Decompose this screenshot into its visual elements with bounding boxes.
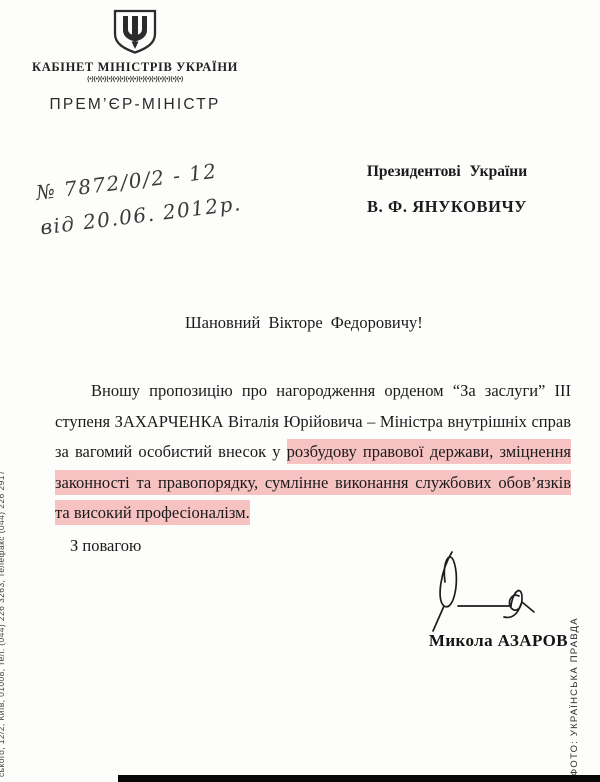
body-paragraph: Вношу пропозицію про нагородження ордено… xyxy=(55,376,571,529)
handwritten-signature-icon xyxy=(408,546,583,642)
letterhead-address-vertical-text: ського, 12/2, Київ, 01008, тел. (044) 22… xyxy=(0,470,6,777)
addressee-name: В. Ф. ЯНУКОВИЧУ xyxy=(327,197,567,217)
photo-credit-vertical-text: ФОТО: УКРАЇНСЬКА ПРАВДА xyxy=(569,617,580,776)
scan-edge-bar xyxy=(118,775,600,782)
valediction: З повагою xyxy=(70,536,141,556)
addressee-block: Президентові України В. Ф. ЯНУКОВИЧУ xyxy=(327,163,567,217)
addressee-title: Президентові України xyxy=(327,163,567,181)
letterhead: КАБІНЕТ МІНІСТРІВ УКРАЇНИ ⟨•⟩⟨•⟩⟨•⟩⟨•⟩⟨•… xyxy=(28,8,242,114)
handwritten-ref-block: № 7872/0/2 - 12 від 20.06. 2012р. xyxy=(34,151,244,245)
salutation: Шановний Вікторе Федоровичу! xyxy=(185,313,423,333)
signer-name: Микола АЗАРОВ xyxy=(429,631,568,651)
ukraine-trident-emblem-icon xyxy=(28,8,242,55)
org-name: КАБІНЕТ МІНІСТРІВ УКРАЇНИ xyxy=(28,60,242,75)
sender-title: ПРЕМ’ЄР-МІНІСТР xyxy=(28,96,242,114)
ornamental-divider: ⟨•⟩⟨•⟩⟨•⟩⟨•⟩⟨•⟩⟨•⟩⟨•⟩⟨•⟩⟨•⟩⟨•⟩⟨•⟩⟨•⟩⟨•⟩⟨… xyxy=(28,76,242,83)
